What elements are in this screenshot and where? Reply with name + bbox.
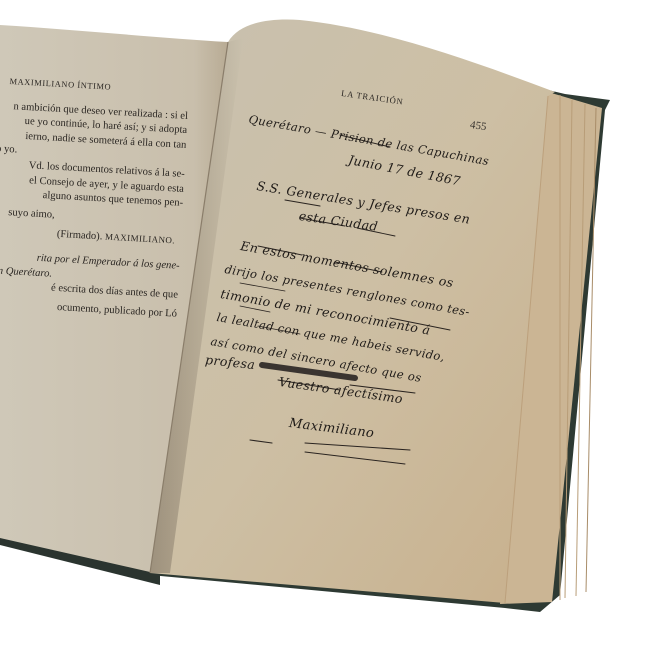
left-page-text: MAXIMILIANO ÍNTIMO n ambición que deseo … <box>0 74 202 323</box>
book-photo: MAXIMILIANO ÍNTIMO n ambición que deseo … <box>0 0 650 650</box>
signature-name: MAXIMILIANO. <box>105 232 175 246</box>
signature-prefix: (Firmado). <box>57 229 103 243</box>
page-number: 455 <box>469 119 487 133</box>
